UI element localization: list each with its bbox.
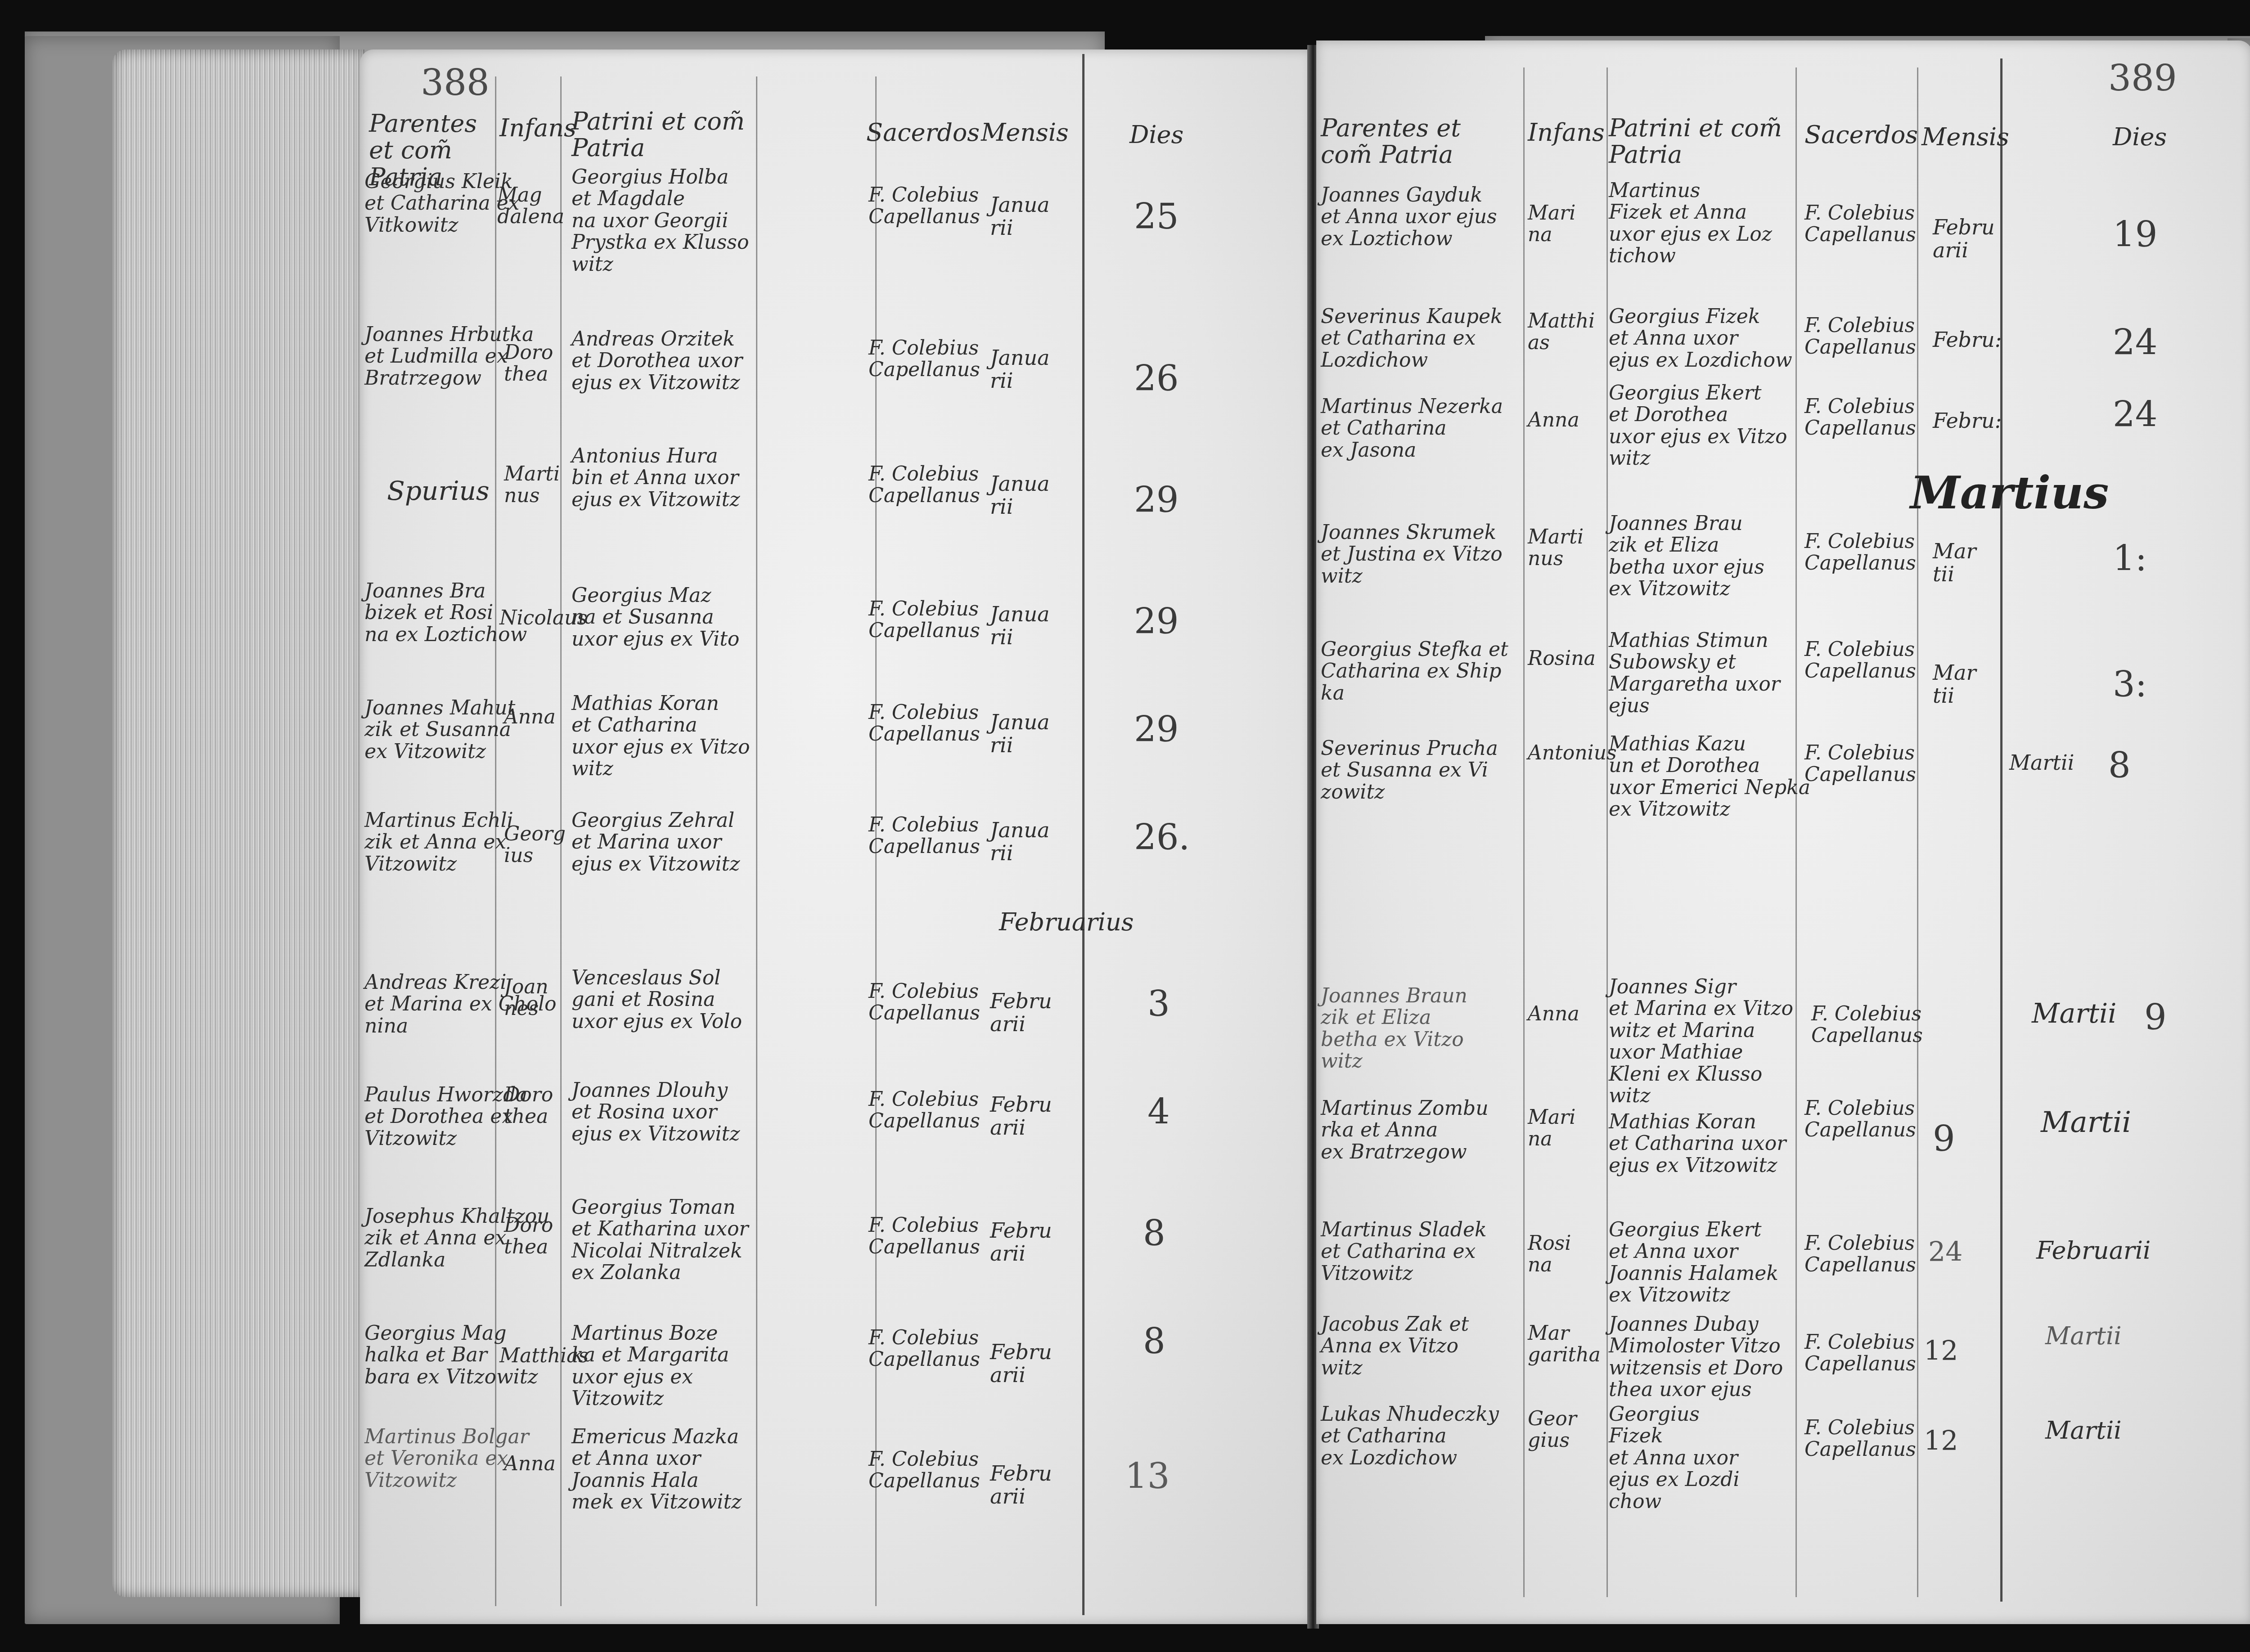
entry-priest: F. Colebius Capellanus	[1804, 742, 1916, 786]
entry-priest: F. Colebius Capellanus	[868, 702, 980, 745]
entry-godparents: Georgius Ekert et Anna uxor Joannis Hala…	[1609, 1219, 1778, 1306]
entry-infant: Anna	[1528, 409, 1579, 431]
header-infans: Infans	[1528, 119, 1605, 146]
entry-day: 8	[1143, 1323, 1165, 1361]
entry-godparents: Georgius Maz na et Susanna uxor ejus ex …	[571, 585, 739, 650]
column-rule	[2000, 58, 2002, 1602]
entry-month: Janua rii	[990, 346, 1050, 392]
page-edges-left	[112, 49, 364, 1597]
entry-infant: Marti nus	[1528, 526, 1584, 570]
entry-month: Februarii	[2036, 1237, 2151, 1264]
entry-parents: Martinus Echli zik et Anna ex Vitzowitz	[364, 810, 513, 875]
entry-priest: F. Colebius Capellanus	[868, 1089, 980, 1132]
entry-month: Febru arii	[990, 1341, 1052, 1386]
header-dies: Dies	[2113, 124, 2167, 150]
column-rule	[1606, 67, 1608, 1597]
column-rule	[1523, 67, 1525, 1597]
month-heading: Februarius	[999, 909, 1134, 935]
entry-month: Febru:	[1933, 328, 2002, 351]
entry-month: Febru arii	[990, 1093, 1052, 1139]
entry-infant: Marti nus	[504, 463, 560, 507]
entry-godparents: Mathias Kazu un et Dorothea uxor Emerici…	[1609, 733, 1810, 821]
entry-parents: Severinus Kaupek et Catharina ex Lozdich…	[1321, 306, 1503, 371]
entry-day: 3:	[2113, 666, 2147, 705]
entry-priest: F. Colebius Capellanus	[868, 814, 980, 858]
header-patrini: Patrini et com̃ Patria	[571, 108, 751, 162]
entry-godparents: Joannes Dlouhy et Rosina uxor ejus ex Vi…	[571, 1080, 740, 1145]
left-page: 388 Parentes et com̃ Patria Infans Patri…	[360, 49, 1312, 1624]
header-dies: Dies	[1129, 121, 1183, 148]
entry-day: 24	[1928, 1237, 1962, 1267]
column-rule	[1082, 54, 1084, 1615]
header-patrini: Patrini et com̃ Patria	[1609, 115, 1789, 168]
entry-godparents: Andreas Orzitek et Dorothea uxor ejus ex…	[571, 328, 742, 394]
entry-priest: F. Colebius Capellanus	[1811, 1003, 1923, 1047]
entry-parents: Martinus Sladek et Catharina ex Vitzowit…	[1321, 1219, 1487, 1284]
entry-day: 12	[1924, 1336, 1958, 1366]
entry-godparents: Venceslaus Sol gani et Rosina uxor ejus …	[571, 967, 742, 1032]
entry-day: 3	[1147, 985, 1170, 1024]
entry-priest: F. Colebius Capellanus	[868, 1215, 980, 1258]
entry-priest: F. Colebius Capellanus	[868, 337, 980, 381]
entry-priest: F. Colebius Capellanus	[1804, 1332, 1916, 1375]
entry-month: Martii	[2045, 1323, 2122, 1349]
entry-parents: Joannes Braun zik et Eliza betha ex Vitz…	[1321, 985, 1467, 1073]
entry-godparents: Georgius Toman et Katharina uxor Nicolai…	[571, 1197, 748, 1284]
entry-infant: Mari na	[1528, 202, 1575, 246]
entry-godparents: Joannes Dubay Mimoloster Vitzo witzensis…	[1609, 1314, 1783, 1401]
entry-day: 9	[2144, 999, 2167, 1037]
entry-infant: Mag dalena	[497, 184, 564, 228]
entry-day: 29	[1134, 481, 1179, 520]
entry-priest: F. Colebius Capellanus	[1804, 202, 1916, 246]
entry-infant: Mar garitha	[1528, 1323, 1601, 1366]
entry-godparents: Joannes Sigr et Marina ex Vitzo witz et …	[1609, 976, 1793, 1107]
entry-infant: Anna	[504, 706, 556, 728]
entry-month: Febru arii	[990, 990, 1052, 1035]
entry-godparents: Emericus Mazka et Anna uxor Joannis Hala…	[571, 1426, 742, 1513]
entry-godparents: Georgius Fizek et Anna uxor ejus ex Lozd…	[1609, 1404, 1740, 1513]
entry-parents: Martinus Nezerka et Catharina ex Jasona	[1321, 396, 1503, 461]
entry-infant: Doro thea	[504, 1215, 553, 1258]
entry-priest: F. Colebius Capellanus	[868, 184, 980, 228]
entry-infant: Anna	[1528, 1003, 1579, 1025]
entry-infant: Rosina	[1528, 648, 1596, 669]
entry-day: 9	[1933, 1120, 1955, 1159]
entry-parents: Jacobus Zak et Anna ex Vitzo witz	[1321, 1314, 1469, 1379]
header-mensis: Mensis	[981, 119, 1069, 146]
entry-godparents: Georgius Fizek et Anna uxor ejus ex Lozd…	[1609, 306, 1792, 371]
header-parents: Parentes et com̃ Patria	[1321, 115, 1519, 168]
header-infans: Infans	[499, 115, 576, 141]
entry-day: 4	[1147, 1093, 1170, 1132]
entry-month: Mar tii	[1933, 540, 1976, 585]
page-number: 388	[421, 63, 490, 103]
entry-infant: Doro thea	[504, 342, 553, 386]
entry-month: Martii	[2032, 999, 2116, 1028]
entry-parents: Georgius Stefka et Catharina ex Ship ka	[1321, 639, 1508, 704]
entry-priest: F. Colebius Capellanus	[868, 598, 980, 642]
entry-godparents: Georgius Ekert et Dorothea uxor ejus ex …	[1609, 382, 1787, 470]
entry-godparents: Joannes Brau zik et Eliza betha uxor eju…	[1609, 513, 1764, 600]
entry-day: 29	[1134, 603, 1179, 642]
entry-day: 13	[1125, 1458, 1170, 1496]
entry-priest: F. Colebius Capellanus	[868, 1327, 980, 1371]
entry-month: Martii	[2009, 751, 2074, 774]
entry-day: 24	[2113, 396, 2157, 435]
entry-godparents: Georgius Zehral et Marina uxor ejus ex V…	[571, 810, 740, 875]
entry-parents: Severinus Prucha et Susanna ex Vi zowitz	[1321, 738, 1498, 803]
entry-day: 8	[2108, 747, 2131, 786]
entry-month: Martii	[2041, 1107, 2131, 1138]
entry-parents: Martinus Zombu rka et Anna ex Bratrzegow	[1321, 1098, 1489, 1163]
entry-priest: F. Colebius Capellanus	[1804, 639, 1916, 682]
entry-month: Febru arii	[990, 1462, 1052, 1508]
entry-month: Febru arii	[1933, 216, 1995, 261]
entry-infant: Rosi na	[1528, 1233, 1571, 1276]
entry-month: Mar tii	[1933, 661, 1976, 707]
entry-godparents: Mathias Stimun Subowsky et Margaretha ux…	[1609, 630, 1780, 717]
entry-infant: Doro thea	[504, 1084, 553, 1128]
entry-month: Janua rii	[990, 472, 1050, 518]
entry-parents: Spurius	[387, 477, 490, 506]
entry-day: 25	[1134, 198, 1179, 237]
entry-day: 26	[1134, 360, 1179, 399]
entry-priest: F. Colebius Capellanus	[868, 1449, 980, 1492]
entry-parents: Georgius Kleik et Catharina ex Vitkowitz	[364, 171, 519, 236]
entry-day: 12	[1924, 1426, 1958, 1456]
entry-infant: Georg ius	[504, 823, 566, 867]
entry-godparents: Georgius Holba et Magdale na uxor Georgi…	[571, 166, 749, 275]
entry-month: Martii	[2045, 1417, 2122, 1444]
entry-day: 1:	[2113, 540, 2147, 579]
entry-infant: Anna	[504, 1453, 556, 1475]
entry-month: Janua rii	[990, 603, 1050, 648]
header-sacerdos: Sacerdos	[866, 119, 980, 146]
entry-month: Janua rii	[990, 819, 1050, 864]
entry-priest: F. Colebius Capellanus	[1804, 1233, 1916, 1276]
entry-godparents: Mathias Koran et Catharina uxor ejus ex …	[571, 693, 750, 780]
entry-parents: Joannes Gayduk et Anna uxor ejus ex Lozt…	[1321, 184, 1497, 250]
column-rule	[756, 76, 757, 1606]
entry-day: 8	[1143, 1215, 1165, 1253]
entry-priest: F. Colebius Capellanus	[868, 981, 980, 1024]
entry-month: Febru:	[1933, 409, 2002, 432]
entry-month: Febru arii	[990, 1219, 1052, 1265]
entry-infant: Antonius	[1528, 742, 1617, 764]
entry-month: Janua rii	[990, 711, 1050, 756]
entry-parents: Paulus Hworzda et Dorothea ex Vitzowitz	[364, 1084, 527, 1149]
entry-godparents: Martinus Boze ka et Margarita uxor ejus …	[571, 1323, 729, 1410]
entry-godparents: Antonius Hura bin et Anna uxor ejus ex V…	[571, 445, 740, 511]
entry-parents: Joannes Mahut zik et Susanna ex Vitzowit…	[364, 697, 515, 763]
entry-month: Janua rii	[990, 193, 1050, 239]
entry-priest: F. Colebius Capellanus	[1804, 1098, 1916, 1141]
entry-infant: Joan nes	[504, 976, 549, 1020]
entry-priest: F. Colebius Capellanus	[1804, 315, 1916, 359]
entry-day: 24	[2113, 324, 2157, 363]
entry-godparents: Martinus Fizek et Anna uxor ejus ex Loz …	[1609, 180, 1772, 267]
entry-priest: F. Colebius Capellanus	[1804, 396, 1916, 440]
entry-priest: F. Colebius Capellanus	[1804, 1417, 1916, 1461]
page-number: 389	[2108, 58, 2177, 98]
entry-godparents: Mathias Koran et Catharina uxor ejus ex …	[1609, 1111, 1786, 1176]
entry-day: 29	[1134, 711, 1179, 750]
entry-day: 26.	[1134, 819, 1190, 857]
entry-day: 19	[2113, 216, 2157, 255]
entry-infant: Mari na	[1528, 1107, 1575, 1150]
entry-priest: F. Colebius Capellanus	[1804, 531, 1916, 575]
header-mensis: Mensis	[1921, 124, 2009, 150]
entry-priest: F. Colebius Capellanus	[868, 463, 980, 507]
entry-infant: Matthi as	[1528, 310, 1595, 354]
entry-parents: Lukas Nhudeczky et Catharina ex Lozdicho…	[1321, 1404, 1499, 1469]
column-rule	[1917, 67, 1918, 1597]
column-rule	[1795, 67, 1797, 1597]
month-heading: Martius	[1910, 468, 2109, 517]
header-sacerdos: Sacerdos	[1804, 121, 1918, 148]
right-page: 389 Parentes et com̃ Patria Infans Patri…	[1316, 40, 2250, 1624]
entry-infant: Geor gius	[1528, 1408, 1577, 1452]
entry-parents: Joannes Skrumek et Justina ex Vitzo witz	[1321, 522, 1503, 587]
